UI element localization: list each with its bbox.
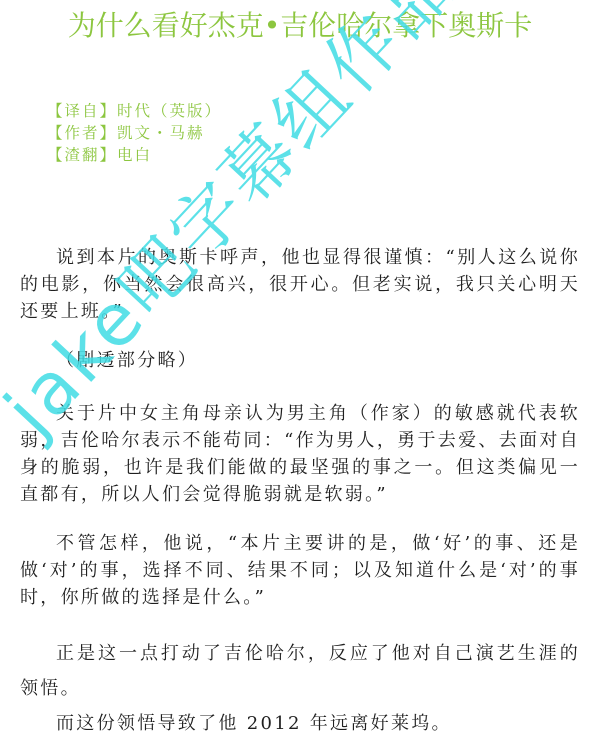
meta-source-label: 【译自】: [47, 102, 117, 120]
paragraph-oscar-buzz: 说到本片的奥斯卡呼声，他也显得很谨慎：“别人这么说你的电影，你当然会很高兴，很开…: [20, 244, 580, 325]
paragraph-choices: 不管怎样，他说，“本片主要讲的是，做‘好’的事、还是做‘对’的事，选择不同、结果…: [20, 530, 580, 611]
paragraph-vulnerability: 关于片中女主角母亲认为男主角（作家）的敏感就代表软弱，吉伦哈尔表示不能苟同：“作…: [20, 400, 580, 508]
watermark-text: jake吧字幕组作品: [0, 0, 471, 450]
meta-source: 【译自】时代（英版）: [47, 100, 222, 122]
paragraph-spoiler-note: （剧透部分略）: [20, 347, 580, 374]
paragraph-career-insight: 正是这一点打动了吉伦哈尔，反应了他对自己演艺生涯的领悟。: [20, 636, 580, 706]
meta-author-label: 【作者】: [47, 124, 117, 142]
meta-source-value: 时代（英版）: [117, 102, 222, 120]
meta-translator: 【渣翻】电白: [47, 144, 222, 166]
article-meta: 【译自】时代（英版） 【作者】凯文・马赫 【渣翻】电白: [47, 100, 222, 166]
article-title: 为什么看好杰克•吉伦哈尔拿下奥斯卡: [0, 6, 600, 46]
meta-author-value: 凯文・马赫: [117, 124, 205, 142]
meta-translator-label: 【渣翻】: [47, 146, 117, 164]
meta-author: 【作者】凯文・马赫: [47, 122, 222, 144]
paragraph-hollywood: 而这份领悟导致了他 2012 年远离好莱坞。: [20, 710, 580, 737]
meta-translator-value: 电白: [117, 146, 152, 164]
